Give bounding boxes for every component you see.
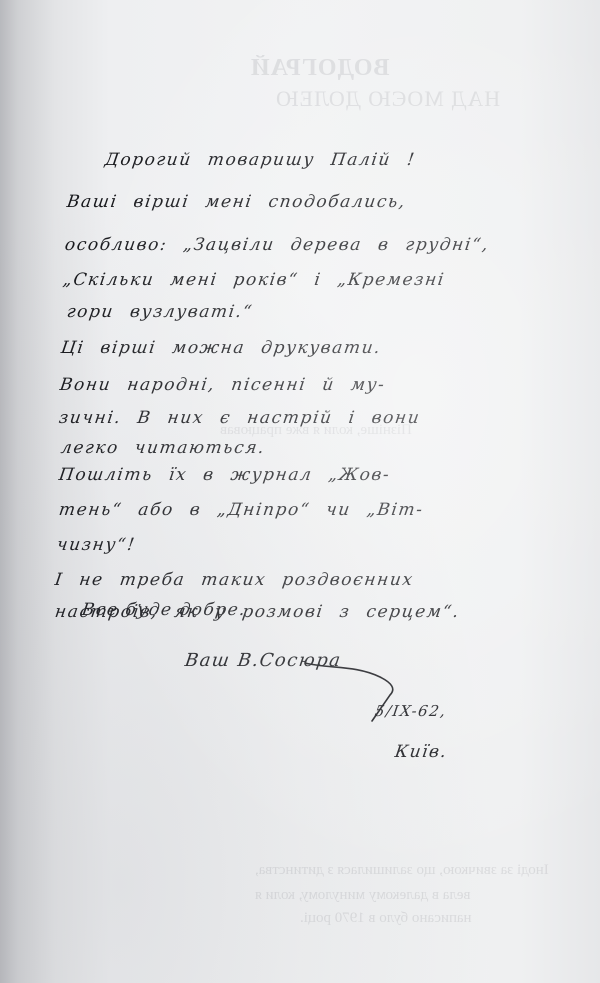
bleed-through-heading: ВОДОГРАЙ: [250, 58, 390, 79]
letter-line: Пошліть їх в журнал „Жов-: [58, 465, 392, 485]
letter-line: особливо: „Зацвіли дерева в грудні“,: [64, 235, 491, 255]
letter-line: тень“ або в „Дніпро“ чи „Віт-: [58, 500, 425, 520]
letter-closing: Все буде добре.: [81, 600, 248, 620]
letter-date: 5/IX-62,: [374, 702, 448, 720]
bleed-through-text: написано було в 1970 році.: [300, 908, 471, 929]
letter-line: І не треба таких роздвоєнних: [54, 570, 415, 590]
letter-salutation: Дорогий товаришу Палій !: [104, 150, 417, 170]
letter-line: Ці вірші можна друкувати.: [60, 338, 383, 358]
letter-line: зичні. В них є настрій і вони: [58, 408, 422, 428]
letter-line: гори вузлуваті.“: [66, 302, 255, 322]
letter-line: Ваші вірші мені сподобались,: [66, 192, 408, 212]
letter-line: чизну“!: [56, 535, 137, 555]
bleed-through-subheading: НАД МОЄЮ ДОЛЕЮ: [275, 88, 500, 109]
letter-line: Вони народні, пісенні й му-: [59, 375, 387, 395]
bleed-through-text: вела в далекому минулому, коли я: [255, 885, 471, 906]
letter-place: Київ.: [394, 742, 449, 762]
bleed-through-text: Іноді за звичкою, що залишилася з дитинс…: [255, 860, 549, 881]
letter-line: „Скільки мені років“ і „Кремезні: [62, 270, 447, 290]
letter-line: легко читаються.: [60, 438, 267, 458]
scanned-page: ВОДОГРАЙ НАД МОЄЮ ДОЛЕЮ Пізніше, коли я …: [0, 0, 600, 983]
